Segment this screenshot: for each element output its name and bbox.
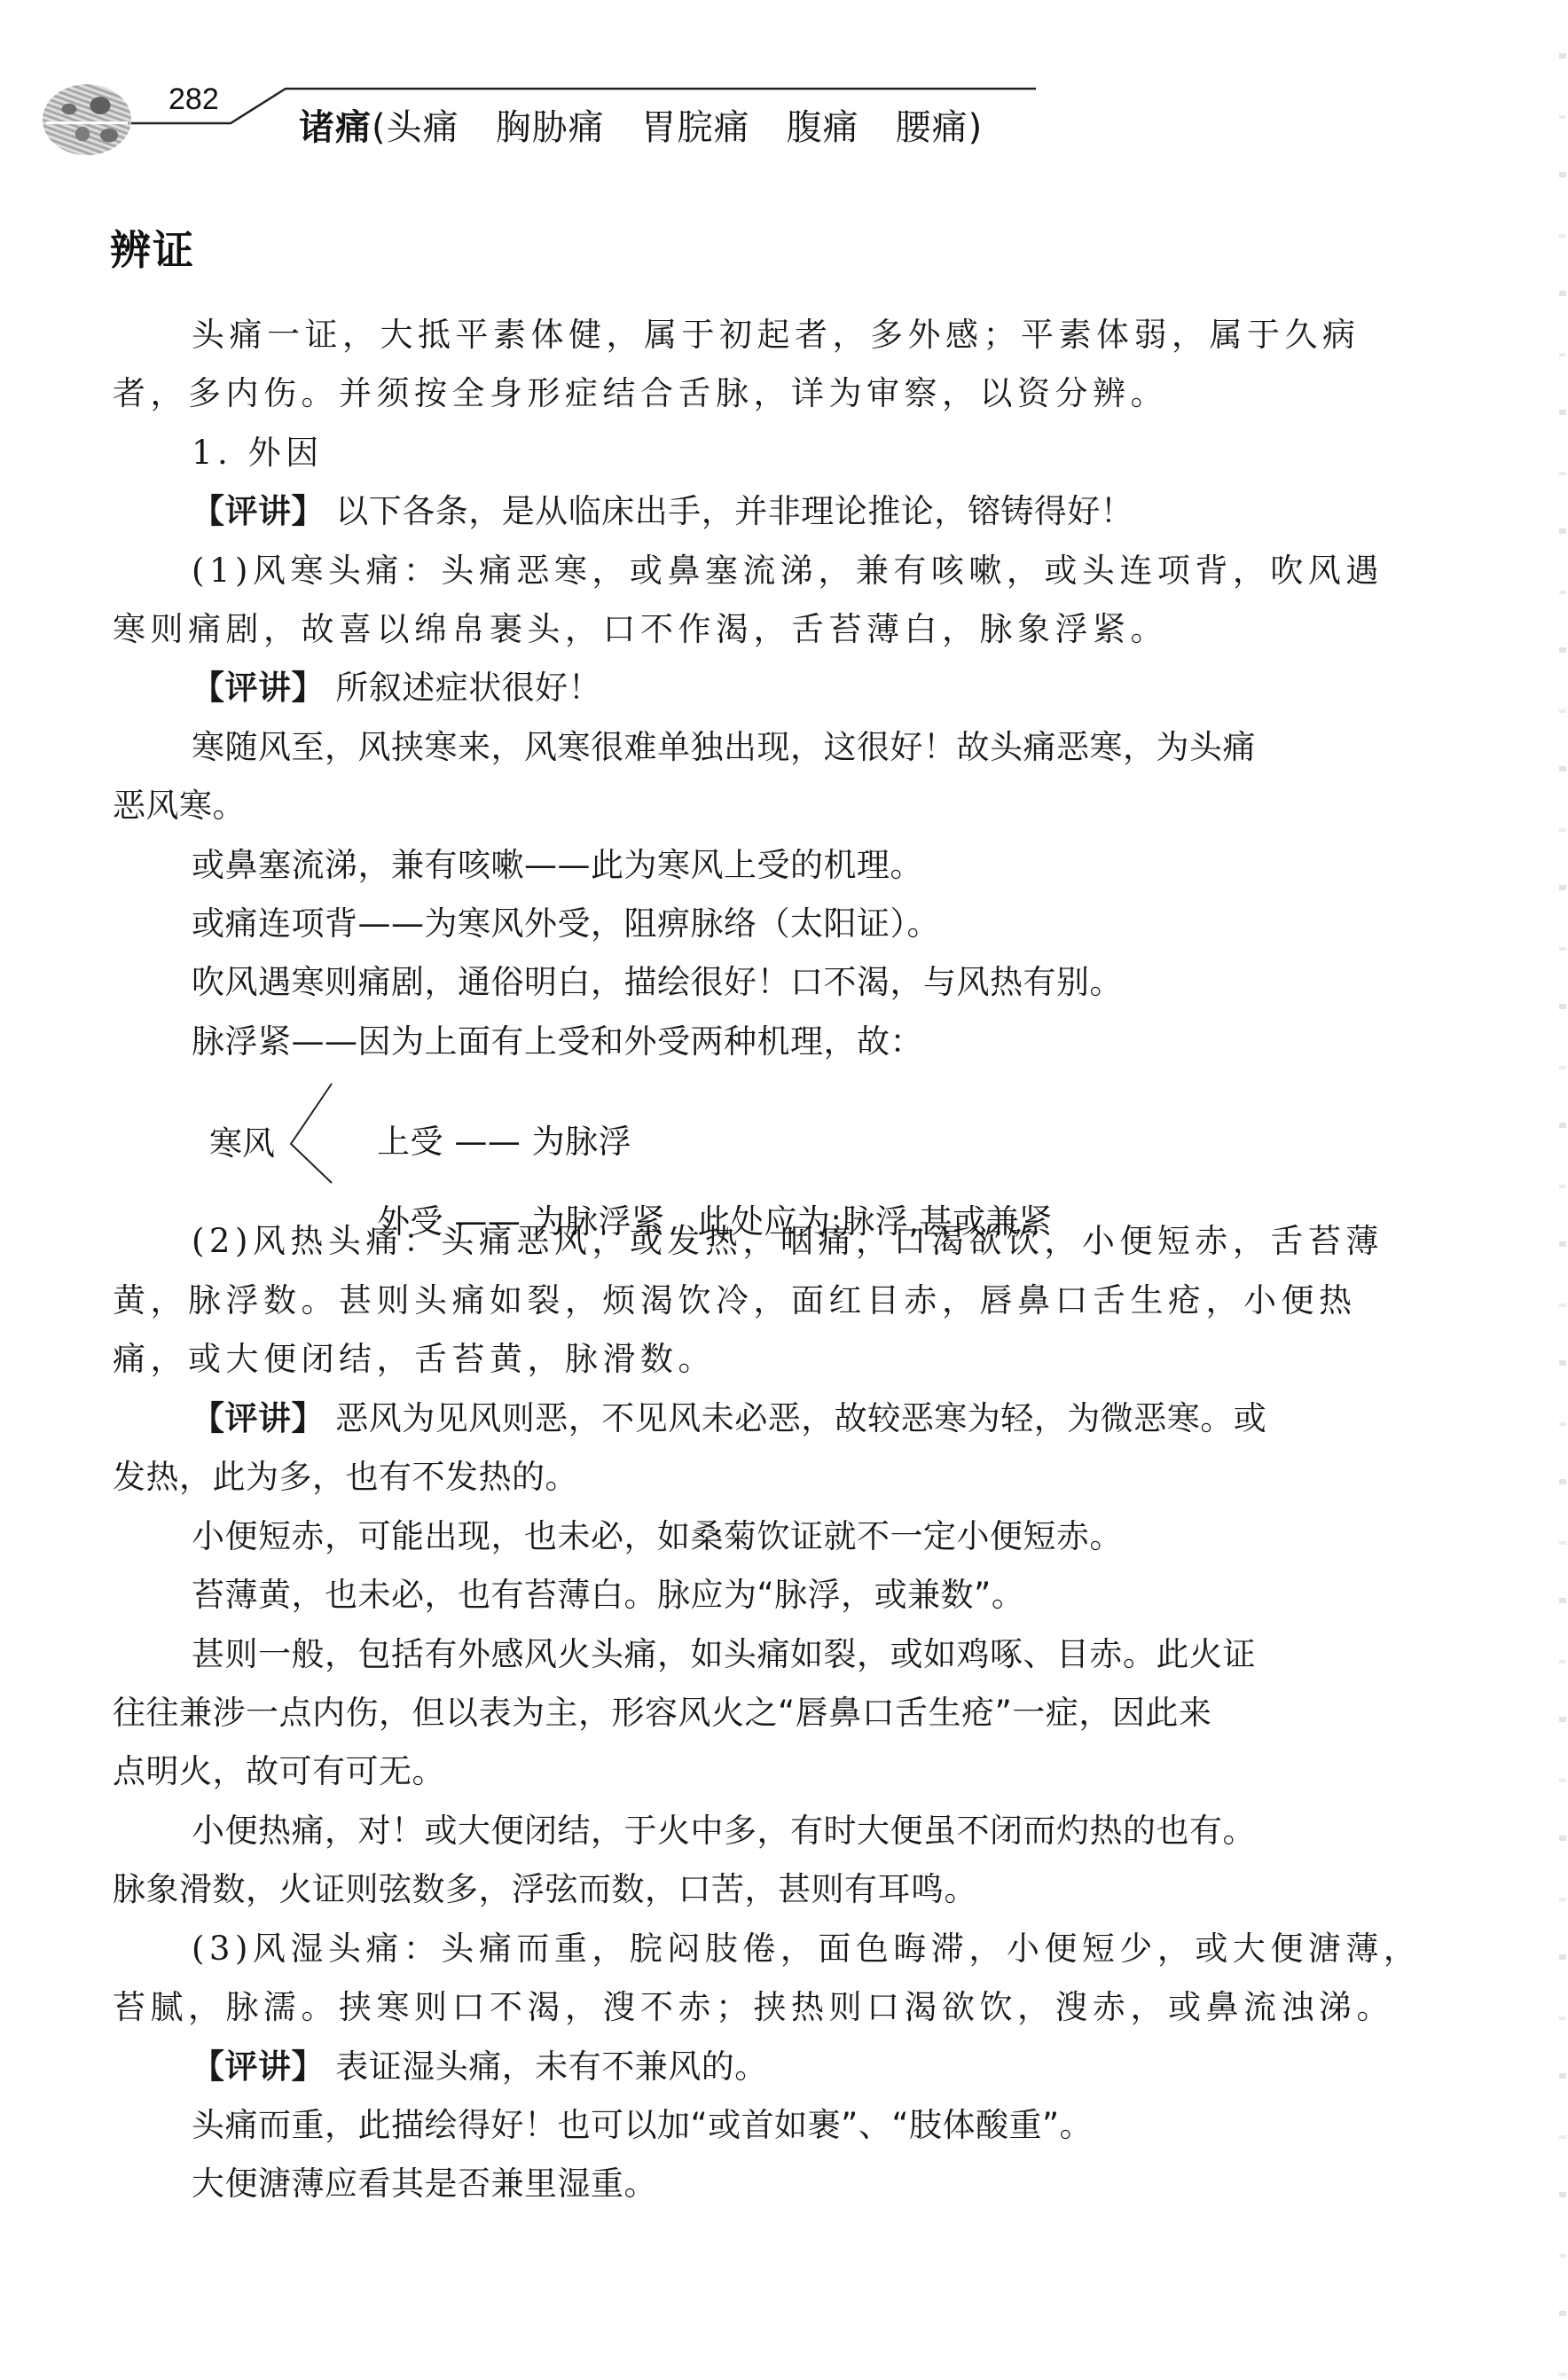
line-text: 痛，或大便闭结，舌苔黄，脉滑数。 bbox=[113, 1340, 716, 1378]
line-text: 往往兼涉一点内伤，但以表为主，形容风火之“唇鼻口舌生疮”一症，因此来 bbox=[113, 1694, 1211, 1732]
text-line: 甚则一般，包括有外感风火头痛，如头痛如裂，或如鸡啄、目赤。此火证 bbox=[192, 1635, 1256, 1674]
line-text: 点明火，故可有可无。 bbox=[113, 1752, 445, 1790]
commentary-line: 【评讲】 恶风为见风则恶，不见风未必恶，故较恶寒为轻，为微恶寒。或 bbox=[192, 1399, 1266, 1438]
commentary-tag: 【评讲】 bbox=[192, 1399, 325, 1437]
line-text: 发热，此为多，也有不发热的。 bbox=[113, 1458, 578, 1496]
branch-label: 上受 bbox=[377, 1123, 443, 1161]
scan-edge-artifact bbox=[1559, 0, 1566, 2380]
text-line: 头痛而重，此描绘得好！也可以加“或首如裹”、“肢体酸重”。 bbox=[192, 2106, 1093, 2145]
text-line: 黄，脉浮数。甚则头痛如裂，烦渴饮冷，面红目赤，唇鼻口舌生疮，小便热 bbox=[113, 1281, 1357, 1320]
branch-result: 为脉浮紧 bbox=[532, 1202, 665, 1241]
line-text: 苔腻，脉濡。挟寒则口不渴，溲不赤；挟热则口渴欲饮，溲赤，或鼻流浊涕。 bbox=[113, 1988, 1394, 2026]
branch-result: 为脉浮 bbox=[532, 1123, 632, 1161]
line-text: 甚则一般，包括有外感风火头痛，如头痛如裂，或如鸡啄、目赤。此火证 bbox=[192, 1635, 1256, 1673]
text-line: 往往兼涉一点内伤，但以表为主，形容风火之“唇鼻口舌生疮”一症，因此来 bbox=[113, 1694, 1211, 1733]
branch-dash: —— bbox=[454, 1202, 521, 1241]
text-line: 痛，或大便闭结，舌苔黄，脉滑数。 bbox=[113, 1340, 716, 1379]
line-text: 小便短赤，可能出现，也未必，如桑菊饮证就不一定小便短赤。 bbox=[192, 1517, 1123, 1555]
line-text: 恶风为见风则恶，不见风未必恶，故较恶寒为轻，为微恶寒。或 bbox=[325, 1399, 1266, 1437]
line-text: 脉象滑数，火证则弦数多，浮弦而数，口苦，甚则有耳鸣。 bbox=[113, 1870, 977, 1908]
branch-dash: —— bbox=[454, 1123, 521, 1161]
line-text: 黄，脉浮数。甚则头痛如裂，烦渴饮冷，面红目赤，唇鼻口舌生疮，小便热 bbox=[113, 1281, 1357, 1319]
text-line: 发热，此为多，也有不发热的。 bbox=[113, 1458, 578, 1497]
line-text: 大便溏薄应看其是否兼里湿重。 bbox=[192, 2165, 657, 2203]
branch-label: 外受 bbox=[377, 1202, 443, 1241]
text-line: 苔薄黄，也未必，也有苔薄白。脉应为“脉浮，或兼数”。 bbox=[192, 1576, 1024, 1615]
text-line: 小便热痛，对！或大便闭结，于火中多，有时大便虽不闭而灼热的也有。 bbox=[192, 1812, 1256, 1851]
text-line: 点明火，故可有可无。 bbox=[113, 1752, 445, 1791]
branch-note: 此处应为:脉浮,甚或兼紧 bbox=[697, 1202, 1052, 1241]
text-line: (3)风湿头痛：头痛而重，脘闷肢倦，面色晦滞，小便短少，或大便溏薄， bbox=[192, 1930, 1421, 1969]
text-line: 小便短赤，可能出现，也未必，如桑菊饮证就不一定小便短赤。 bbox=[192, 1517, 1123, 1556]
text-line: 大便溏薄应看其是否兼里湿重。 bbox=[192, 2165, 657, 2204]
text-line: 苔腻，脉濡。挟寒则口不渴，溲不赤；挟热则口渴欲饮，溲赤，或鼻流浊涕。 bbox=[113, 1988, 1394, 2027]
line-text: 小便热痛，对！或大便闭结，于火中多，有时大便虽不闭而灼热的也有。 bbox=[192, 1812, 1256, 1850]
line-text: 头痛而重，此描绘得好！也可以加“或首如裹”、“肢体酸重”。 bbox=[192, 2106, 1093, 2144]
diagram-branch-lower: 外受 —— 为脉浮紧 此处应为:脉浮,甚或兼紧 bbox=[333, 1163, 1053, 1280]
line-text: 苔薄黄，也未必，也有苔薄白。脉应为“脉浮，或兼数”。 bbox=[192, 1576, 1024, 1614]
commentary-tag: 【评讲】 bbox=[192, 2047, 325, 2086]
commentary-line: 【评讲】 表证湿头痛，未有不兼风的。 bbox=[192, 2047, 768, 2086]
line-text: (3)风湿头痛：头痛而重，脘闷肢倦，面色晦滞，小便短少，或大便溏薄， bbox=[192, 1930, 1421, 1968]
text-line: 脉象滑数，火证则弦数多，浮弦而数，口苦，甚则有耳鸣。 bbox=[113, 1870, 977, 1909]
line-text: 表证湿头痛，未有不兼风的。 bbox=[325, 2047, 768, 2086]
bracket-lines-icon bbox=[0, 0, 532, 1241]
